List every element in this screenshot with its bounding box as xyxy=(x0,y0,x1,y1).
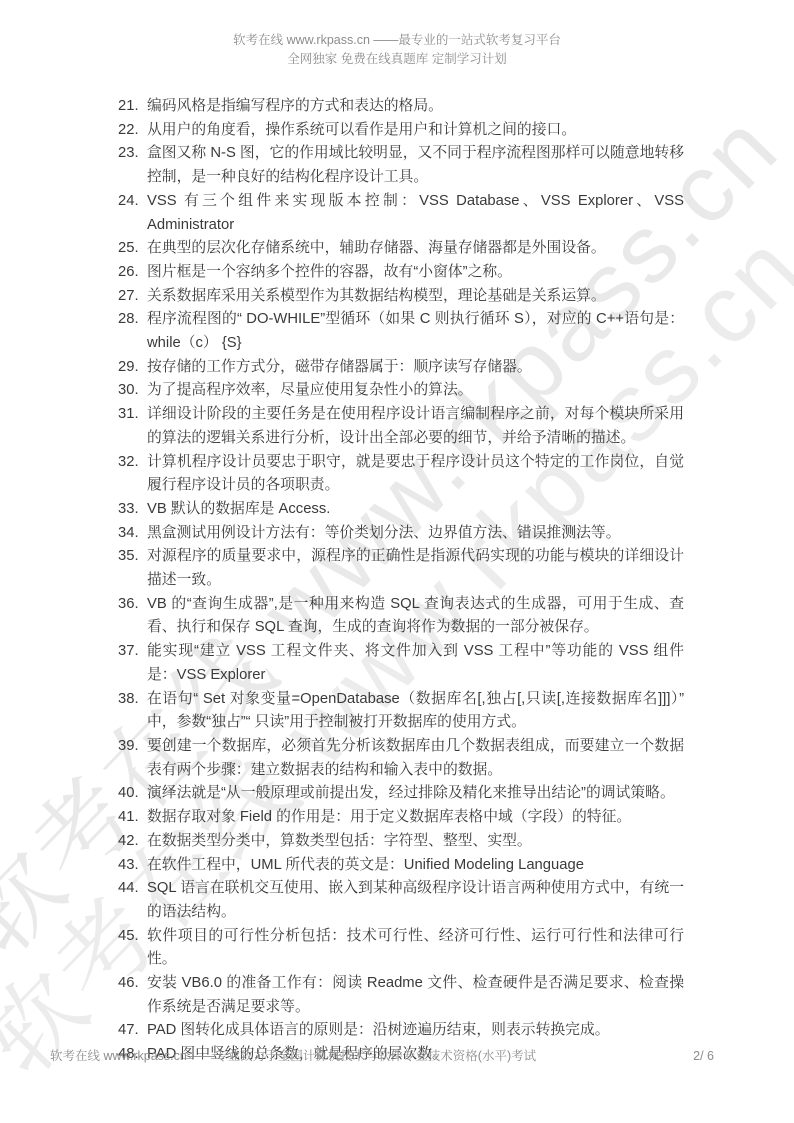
item-number: 35. xyxy=(118,545,147,569)
item-text: 安装 VB6.0 的准备工作有：阅读 Readme 文件、检查硬件是否满足要求、… xyxy=(147,972,684,1019)
item-text: 按存储的工作方式分，磁带存储器属于：顺序读写存储器。 xyxy=(147,356,684,380)
item-number: 45. xyxy=(118,925,147,949)
item-number: 31. xyxy=(118,403,147,427)
item-number: 26. xyxy=(118,261,147,285)
item-number: 47. xyxy=(118,1019,147,1043)
list-item: 30.为了提高程序效率，尽量应使用复杂性小的算法。 xyxy=(118,379,684,403)
list-item: 46.安装 VB6.0 的准备工作有：阅读 Readme 文件、检查硬件是否满足… xyxy=(118,972,684,1019)
list-item: 26.图片框是一个容纳多个控件的容器，故有“小窗体”之称。 xyxy=(118,261,684,285)
item-number: 23. xyxy=(118,142,147,166)
item-number: 43. xyxy=(118,854,147,878)
item-text: SQL 语言在联机交互使用、嵌入到某种高级程序设计语言两种使用方式中，有统一的语… xyxy=(147,877,684,924)
item-number: 44. xyxy=(118,877,147,901)
page-number: 2/ 6 xyxy=(673,1049,714,1063)
item-text: 计算机程序设计员要忠于职守，就是要忠于程序设计员这个特定的工作岗位，自觉履行程序… xyxy=(147,451,684,498)
item-number: 25. xyxy=(118,237,147,261)
list-item: 47.PAD 图转化成具体语言的原则是：沿树迹遍历结束，则表示转换完成。 xyxy=(118,1019,684,1043)
item-text: VSS 有三个组件来实现版本控制：VSS Database、VSS Explor… xyxy=(147,190,684,237)
list-item: 34.黑盒测试用例设计方法有：等价类划分法、边界值方法、错误推测法等。 xyxy=(118,522,684,546)
list-item: 42.在数据类型分类中，算数类型包括：字符型、整型、实型。 xyxy=(118,830,684,854)
item-text: 盒图又称 N-S 图，它的作用域比较明显，又不同于程序流程图那样可以随意地转移控… xyxy=(147,142,684,189)
item-text: 数据存取对象 Field 的作用是：用于定义数据库表格中域（字段）的特征。 xyxy=(147,806,684,830)
item-number: 32. xyxy=(118,451,147,475)
list-item: 44.SQL 语言在联机交互使用、嵌入到某种高级程序设计语言两种使用方式中，有统… xyxy=(118,877,684,924)
item-text: 在软件工程中，UML 所代表的英文是：Unified Modeling Lang… xyxy=(147,854,684,878)
item-text: 为了提高程序效率，尽量应使用复杂性小的算法。 xyxy=(147,379,684,403)
item-number: 29. xyxy=(118,356,147,380)
list-item: 35.对源程序的质量要求中，源程序的正确性是指源代码实现的功能与模块的详细设计描… xyxy=(118,545,684,592)
list-item: 29.按存储的工作方式分，磁带存储器属于：顺序读写存储器。 xyxy=(118,356,684,380)
item-number: 39. xyxy=(118,735,147,759)
item-number: 28. xyxy=(118,308,147,332)
item-text: 在语句“ Set 对象变量=OpenDatabase（数据库名[,独占[,只读[… xyxy=(147,688,684,735)
item-number: 27. xyxy=(118,285,147,309)
list-item: 21.编码风格是指编写程序的方式和表达的格局。 xyxy=(118,95,684,119)
item-number: 41. xyxy=(118,806,147,830)
list-item: 22.从用户的角度看，操作系统可以看作是用户和计算机之间的接口。 xyxy=(118,119,684,143)
item-number: 22. xyxy=(118,119,147,143)
item-text: 黑盒测试用例设计方法有：等价类划分法、边界值方法、错误推测法等。 xyxy=(147,522,684,546)
item-number: 37. xyxy=(118,640,147,664)
item-text: 软件项目的可行性分析包括：技术可行性、经济可行性、运行可行性和法律可行性。 xyxy=(147,925,684,972)
item-number: 36. xyxy=(118,593,147,617)
item-text: 在数据类型分类中，算数类型包括：字符型、整型、实型。 xyxy=(147,830,684,854)
list-item: 23.盒图又称 N-S 图，它的作用域比较明显，又不同于程序流程图那样可以随意地… xyxy=(118,142,684,189)
item-text: 从用户的角度看，操作系统可以看作是用户和计算机之间的接口。 xyxy=(147,119,684,143)
document-page: 软考在线 www.rkpass.cn 软考在线 www.rkpass.cn 软考… xyxy=(0,0,794,1123)
list-item: 43.在软件工程中，UML 所代表的英文是：Unified Modeling L… xyxy=(118,854,684,878)
item-number: 38. xyxy=(118,688,147,712)
item-text: 图片框是一个容纳多个控件的容器，故有“小窗体”之称。 xyxy=(147,261,684,285)
list-item: 40.演绎法就是“从一般原理或前提出发，经过排除及精化来推导出结论”的调试策略。 xyxy=(118,782,684,806)
item-number: 42. xyxy=(118,830,147,854)
header-line-2: 全网独家 免费在线真题库 定制学习计划 xyxy=(0,50,794,69)
list-item: 27.关系数据库采用关系模型作为其数据结构模型，理论基础是关系运算。 xyxy=(118,285,684,309)
item-text: 详细设计阶段的主要任务是在使用程序设计语言编制程序之前，对每个模块所采用的算法的… xyxy=(147,403,684,450)
footer-text: 软考在线 www.rkpass.cn ——专业致力于全国计算机技术与软件专业技术… xyxy=(50,1046,536,1064)
item-number: 40. xyxy=(118,782,147,806)
item-text: 编码风格是指编写程序的方式和表达的格局。 xyxy=(147,95,684,119)
page-footer: 软考在线 www.rkpass.cn ——专业致力于全国计算机技术与软件专业技术… xyxy=(50,1046,714,1064)
list-item: 41.数据存取对象 Field 的作用是：用于定义数据库表格中域（字段）的特征。 xyxy=(118,806,684,830)
item-text: 程序流程图的“ DO-WHILE”型循环（如果 C 则执行循环 S），对应的 C… xyxy=(147,308,684,355)
list-item: 37.能实现“建立 VSS 工程文件夹、将文件加入到 VSS 工程中”等功能的 … xyxy=(118,640,684,687)
list-item: 31.详细设计阶段的主要任务是在使用程序设计语言编制程序之前，对每个模块所采用的… xyxy=(118,403,684,450)
item-text: VB 的“查询生成器”,是一种用来构造 SQL 查询表达式的生成器，可用于生成、… xyxy=(147,593,684,640)
list-item: 32.计算机程序设计员要忠于职守，就是要忠于程序设计员这个特定的工作岗位，自觉履… xyxy=(118,451,684,498)
item-number: 24. xyxy=(118,190,147,214)
item-list: 21.编码风格是指编写程序的方式和表达的格局。22.从用户的角度看，操作系统可以… xyxy=(118,95,684,1067)
list-item: 36.VB 的“查询生成器”,是一种用来构造 SQL 查询表达式的生成器，可用于… xyxy=(118,593,684,640)
item-text: 关系数据库采用关系模型作为其数据结构模型，理论基础是关系运算。 xyxy=(147,285,684,309)
list-item: 39.要创建一个数据库，必须首先分析该数据库由几个数据表组成，而要建立一个数据表… xyxy=(118,735,684,782)
list-item: 28.程序流程图的“ DO-WHILE”型循环（如果 C 则执行循环 S），对应… xyxy=(118,308,684,355)
item-number: 34. xyxy=(118,522,147,546)
list-item: 25.在典型的层次化存储系统中，辅助存储器、海量存储器都是外围设备。 xyxy=(118,237,684,261)
item-number: 46. xyxy=(118,972,147,996)
item-number: 21. xyxy=(118,95,147,119)
list-item: 38.在语句“ Set 对象变量=OpenDatabase（数据库名[,独占[,… xyxy=(118,688,684,735)
item-number: 33. xyxy=(118,498,147,522)
list-item: 33.VB 默认的数据库是 Access. xyxy=(118,498,684,522)
header-line-1: 软考在线 www.rkpass.cn ——最专业的一站式软考复习平台 xyxy=(0,31,794,50)
item-number: 30. xyxy=(118,379,147,403)
list-item: 45.软件项目的可行性分析包括：技术可行性、经济可行性、运行可行性和法律可行性。 xyxy=(118,925,684,972)
list-item: 24.VSS 有三个组件来实现版本控制：VSS Database、VSS Exp… xyxy=(118,190,684,237)
page-header: 软考在线 www.rkpass.cn ——最专业的一站式软考复习平台 全网独家 … xyxy=(0,31,794,69)
item-text: PAD 图转化成具体语言的原则是：沿树迹遍历结束，则表示转换完成。 xyxy=(147,1019,684,1043)
item-text: 对源程序的质量要求中，源程序的正确性是指源代码实现的功能与模块的详细设计描述一致… xyxy=(147,545,684,592)
item-text: 能实现“建立 VSS 工程文件夹、将文件加入到 VSS 工程中”等功能的 VSS… xyxy=(147,640,684,687)
item-text: 要创建一个数据库，必须首先分析该数据库由几个数据表组成，而要建立一个数据表有两个… xyxy=(147,735,684,782)
item-text: 在典型的层次化存储系统中，辅助存储器、海量存储器都是外围设备。 xyxy=(147,237,684,261)
item-text: VB 默认的数据库是 Access. xyxy=(147,498,684,522)
item-text: 演绎法就是“从一般原理或前提出发，经过排除及精化来推导出结论”的调试策略。 xyxy=(147,782,684,806)
